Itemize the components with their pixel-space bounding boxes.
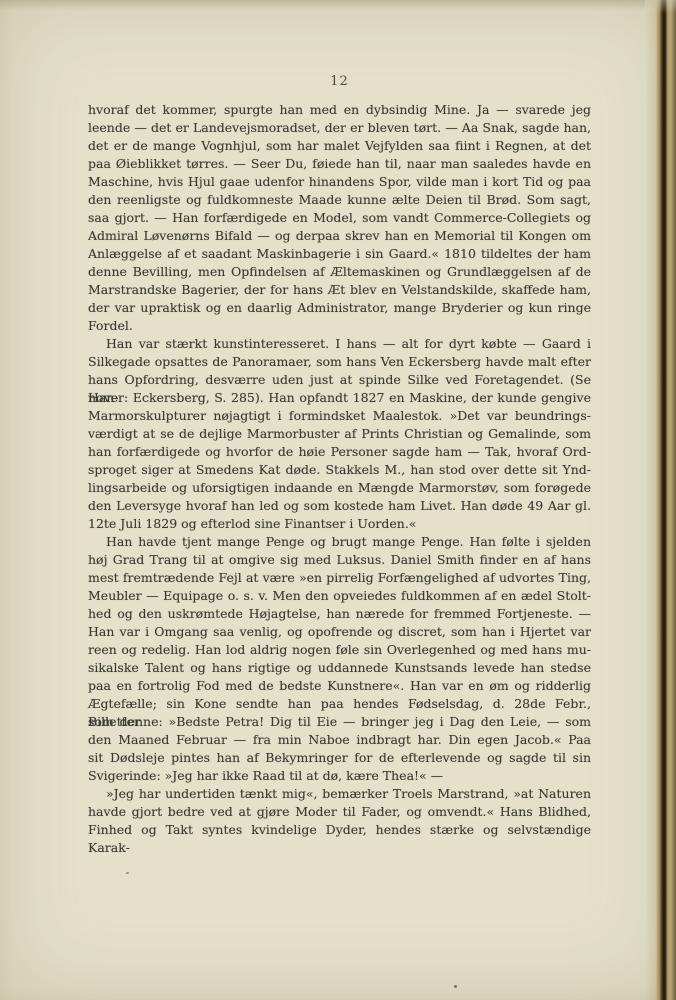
text-line: sproget siger at Smedens Kat døde. Stakk… xyxy=(88,461,591,479)
text-line: 12te Juli 1829 og efterlod sine Finantse… xyxy=(88,515,591,533)
text-line: sikalske Talent og hans rigtige og uddan… xyxy=(88,659,591,677)
text-line: hans Opfordring, desværre uden just at s… xyxy=(88,371,591,389)
text-line: Admiral Løvenørns Bifald — og derpaa skr… xyxy=(88,227,591,245)
text-block: hvoraf det kommer, spurgte han med en dy… xyxy=(88,101,591,839)
text-line: Han havde tjent mange Penge og brugt man… xyxy=(88,533,591,551)
text-line: Svigerinde: »Jeg har ikke Raad til at dø… xyxy=(88,767,591,785)
book-gutter-shadow xyxy=(645,0,676,1000)
text-line: Han var i Omgang saa venlig, og opofrend… xyxy=(88,623,591,641)
text-line: »Jeg har undertiden tænkt mig«, bemærker… xyxy=(88,785,591,803)
text-line: paa en fortrolig Fod med de bedste Kunst… xyxy=(88,677,591,695)
text-line: nover: Eckersberg, S. 285). Han opfandt … xyxy=(88,389,591,407)
page-top-shadow xyxy=(0,0,676,10)
text-line: reen og redelig. Han lod aldrig nogen fø… xyxy=(88,641,591,659)
text-line: høj Grad Trang til at omgive sig med Luk… xyxy=(88,551,591,569)
text-line: paa Øieblikket tørres. — Seer Du, føiede… xyxy=(88,155,591,173)
text-line: leende — det er Landevejsmoradset, der e… xyxy=(88,119,591,137)
text-line: han forfærdigede og hvorfor de høie Pers… xyxy=(88,443,591,461)
text-line: denne Bevilling, men Opfindelsen af Ælte… xyxy=(88,263,591,281)
text-line: Silkegade opsattes de Panoramaer, som ha… xyxy=(88,353,591,371)
paragraph: hvoraf det kommer, spurgte han med en dy… xyxy=(88,101,591,335)
text-line: Meubler — Equipage o. s. v. Men den opve… xyxy=(88,587,591,605)
text-line: som denne: »Bedste Petra! Dig til Eie — … xyxy=(88,713,591,731)
text-line: værdigt at se de dejlige Marmorbuster af… xyxy=(88,425,591,443)
text-line: Fordel. xyxy=(88,317,591,335)
text-line: Maschine, hvis Hjul gaae udenfor hinande… xyxy=(88,173,591,191)
paper-speck xyxy=(454,985,457,988)
text-line: Ægtefælle; sin Kone sendte han paa hende… xyxy=(88,695,591,713)
page-number: 12 xyxy=(88,74,591,89)
text-line: saa gjort. — Han forfærdigede en Model, … xyxy=(88,209,591,227)
text-line: sit Dødsleje pintes han af Bekymringer f… xyxy=(88,749,591,767)
paragraph: Han var stærkt kunstinteresseret. I hans… xyxy=(88,335,591,533)
text-line: Finhed og Takt syntes kvindelige Dyder, … xyxy=(88,821,591,839)
paragraph: »Jeg har undertiden tænkt mig«, bemærker… xyxy=(88,785,591,839)
text-line: Han var stærkt kunstinteresseret. I hans… xyxy=(88,335,591,353)
text-line: det er de mange Vognhjul, som har malet … xyxy=(88,137,591,155)
paragraph: Han havde tjent mange Penge og brugt man… xyxy=(88,533,591,785)
text-line: den Maaned Februar — fra min Naboe indbr… xyxy=(88,731,591,749)
text-line: hed og den uskrømtede Højagtelse, han næ… xyxy=(88,605,591,623)
text-line: Marmorskulpturer nøjagtigt i formindsket… xyxy=(88,407,591,425)
text-line: den Leversyge hvoraf han led og som kost… xyxy=(88,497,591,515)
text-line: lingsarbeide og uforsigtigen indaande en… xyxy=(88,479,591,497)
text-line: hvoraf det kommer, spurgte han med en dy… xyxy=(88,101,591,119)
text-line: mest fremtrædende Fejl at være »en pirre… xyxy=(88,569,591,587)
text-line: havde gjort bedre ved at gjøre Moder til… xyxy=(88,803,591,821)
book-page: 12 hvoraf det kommer, spurgte han med en… xyxy=(0,0,676,1000)
text-line: der var upraktisk og en daarlig Administ… xyxy=(88,299,591,317)
text-line: den reenligste og fuldkomneste Maade kun… xyxy=(88,191,591,209)
text-line: Marstrandske Bagerier, der for hans Æt b… xyxy=(88,281,591,299)
text-line: Anlæggelse af et saadant Maskinbagerie i… xyxy=(88,245,591,263)
paper-speck xyxy=(126,872,129,874)
